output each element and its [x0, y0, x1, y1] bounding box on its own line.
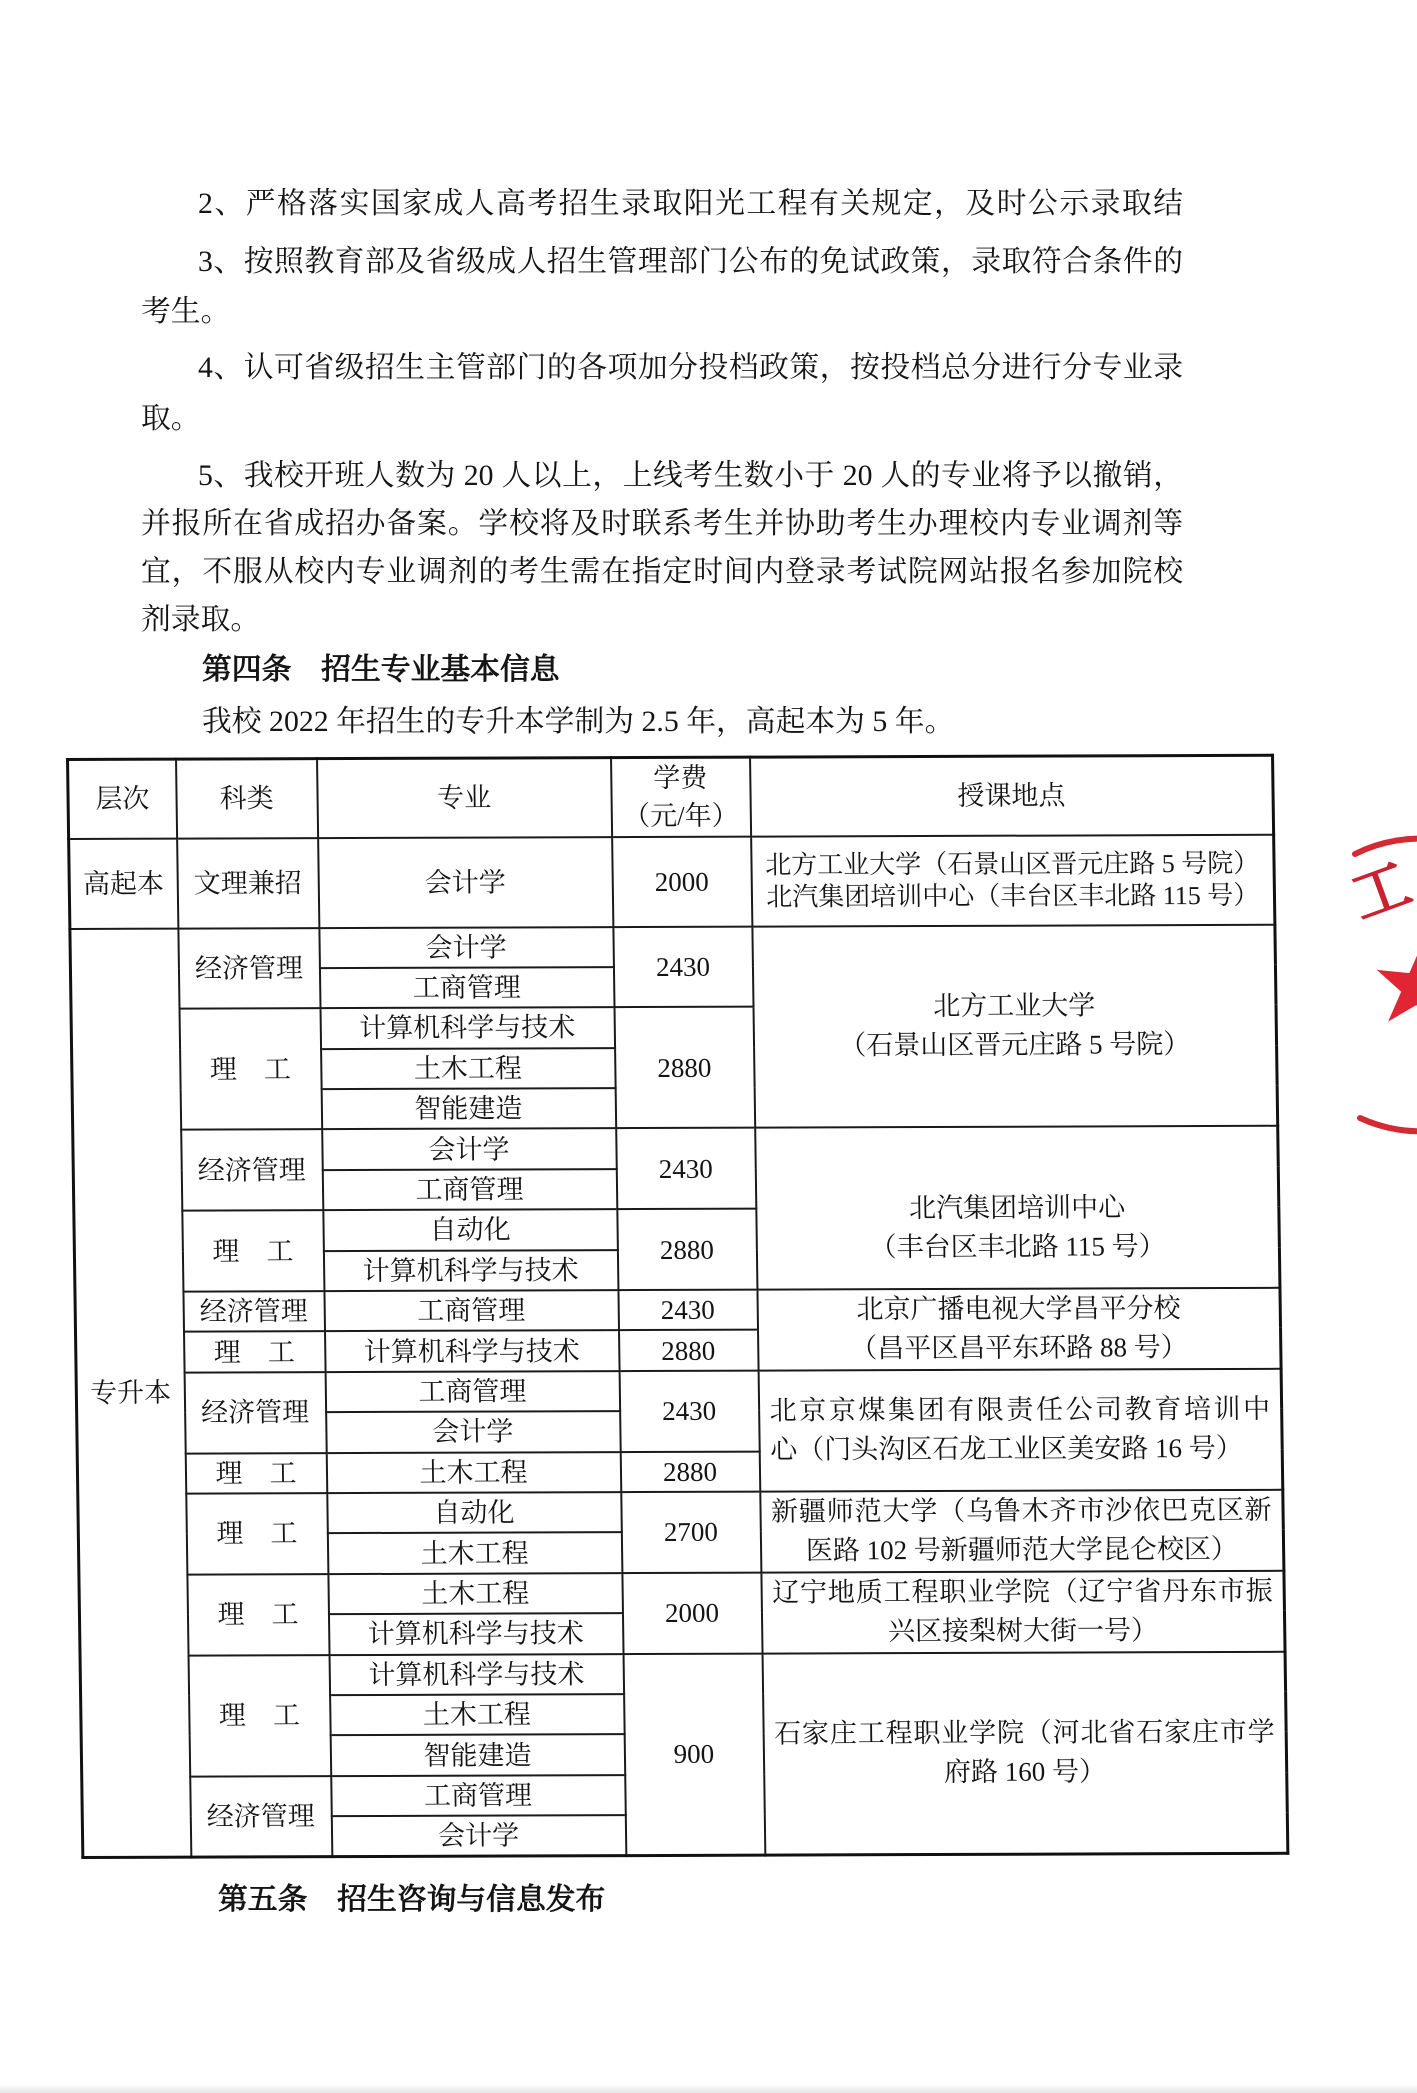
paragraph-item-2: 2、严格落实国家成人高考招生录取阳光工程有关规定，及时公示录取结果。 — [141, 179, 1183, 229]
paragraph-line: 4、认可省级招生主管部门的各项加分投档政策，按投档总分进行分专业录 — [141, 342, 1183, 393]
header-major: 专业 — [317, 758, 612, 838]
seal-character: 工 — [1342, 849, 1417, 933]
location-line: 辽宁地质工程职业学院（辽宁省丹东市振 — [772, 1572, 1273, 1613]
table-row: 理 工 自动化 2700 新疆师范大学（乌鲁木齐市沙依巴克区新 医路 102 号… — [78, 1490, 1284, 1535]
cell-major: 土木工程 — [326, 1452, 621, 1493]
cell-major: 计算机科学与技术 — [329, 1654, 624, 1695]
header-fee-unit: （元/年） — [612, 797, 750, 835]
cell-major: 工商管理 — [319, 967, 614, 1008]
cell-level: 专升本 — [70, 928, 191, 1857]
cell-major: 计算机科学与技术 — [325, 1331, 620, 1372]
page-bottom-edge — [0, 2084, 1417, 2093]
cell-major: 土木工程 — [328, 1573, 623, 1614]
cell-category: 经济管理 — [184, 1372, 326, 1453]
article-4-title: 第四条 招生专业基本信息 — [202, 645, 560, 695]
cell-category: 理 工 — [186, 1493, 328, 1574]
cell-major: 土木工程 — [327, 1532, 622, 1573]
cell-category: 经济管理 — [183, 1291, 325, 1332]
location-line: 北方工业大学（石景山区晋元庄路 5 号院） — [758, 847, 1267, 881]
cell-category: 理 工 — [184, 1332, 326, 1373]
location-line: 府路 160 号） — [774, 1752, 1275, 1793]
cell-location: 北方工业大学（石景山区晋元庄路 5 号院） 北汽集团培训中心（丰台区丰北路 11… — [751, 834, 1275, 926]
seal-ring-bottom-arc — [1360, 1118, 1417, 1131]
header-fee: 学费 （元/年） — [611, 757, 751, 836]
cell-major: 自动化 — [327, 1492, 622, 1533]
paragraph-item-4: 4、认可省级招生主管部门的各项加分投档政策，按投档总分进行分专业录 取。 — [141, 342, 1183, 444]
cell-major: 土木工程 — [330, 1694, 625, 1735]
cell-fee: 2700 — [621, 1492, 761, 1573]
location-line: 医路 102 号新疆师范大学昆仑校区） — [771, 1530, 1272, 1571]
header-fee-label: 学费 — [612, 759, 750, 797]
location-line: 兴区接梨树大街一号） — [772, 1611, 1273, 1652]
cell-category: 理 工 — [187, 1574, 329, 1655]
table-row: 经济管理 会计学 2430 北汽集团培训中心 （丰台区丰北路 115 号） — [73, 1126, 1279, 1171]
cell-location: 北京广播电视大学昌平分校 （昌平区昌平东环路 88 号） — [757, 1288, 1281, 1371]
location-line: （石景山区晋元庄路 5 号院） — [764, 1025, 1265, 1066]
star-icon — [1377, 943, 1417, 1027]
paragraph-item-5: 5、我校开班人数为 20 人以上，上线考生数小于 20 人的专业将予以撤销， 并… — [141, 452, 1183, 644]
cell-location: 辽宁地质工程职业学院（辽宁省丹东市振 兴区接梨树大街一号） — [761, 1571, 1285, 1654]
majors-table-container: 层次 科类 专业 学费 （元/年） 授课地点 高起本 文理兼招 会计学 2000… — [66, 754, 1289, 1859]
paragraph-line: 考生。 — [141, 287, 1183, 337]
cell-level: 高起本 — [69, 838, 178, 928]
cell-category: 理 工 — [182, 1210, 324, 1291]
location-line: 北方工业大学 — [764, 986, 1265, 1027]
header-location: 授课地点 — [750, 755, 1274, 836]
cell-fee: 2880 — [619, 1330, 759, 1371]
majors-table: 层次 科类 专业 学费 （元/年） 授课地点 高起本 文理兼招 会计学 2000… — [66, 754, 1289, 1859]
cell-category: 经济管理 — [178, 928, 320, 1009]
location-line: （丰台区丰北路 115 号） — [767, 1227, 1268, 1268]
cell-fee: 2430 — [616, 1128, 756, 1209]
cell-category: 理 工 — [179, 1008, 322, 1130]
location-line: 心（门头沟区石龙工业区美安路 16 号） — [770, 1429, 1271, 1470]
cell-category: 文理兼招 — [177, 838, 319, 928]
cell-category: 经济管理 — [190, 1776, 332, 1857]
location-line: （昌平区昌平东环路 88 号） — [769, 1328, 1270, 1369]
cell-category: 理 工 — [188, 1655, 331, 1777]
paragraph-item-3: 3、按照教育部及省级成人招生管理部门公布的免试政策，录取符合条件的 考生。 — [141, 237, 1183, 337]
table-row: 理 工 计算机科学与技术 900 石家庄工程职业学院（河北省石家庄市学 府路 1… — [80, 1651, 1286, 1696]
table-row: 理 工 土木工程 2000 辽宁地质工程职业学院（辽宁省丹东市振 兴区接梨树大街… — [79, 1571, 1285, 1616]
cell-major: 会计学 — [331, 1815, 626, 1856]
cell-location: 北方工业大学 （石景山区晋元庄路 5 号院） — [752, 924, 1278, 1128]
cell-location: 石家庄工程职业学院（河北省石家庄市学 府路 160 号） — [762, 1651, 1288, 1855]
header-level: 层次 — [68, 759, 177, 838]
paragraph-line: 剂录取。 — [141, 596, 1183, 644]
cell-major: 会计学 — [326, 1411, 621, 1452]
cell-fee: 2430 — [613, 926, 753, 1007]
location-line: 北汽集团培训中心（丰台区丰北路 115 号） — [758, 879, 1267, 913]
cell-major: 工商管理 — [322, 1169, 617, 1210]
cell-major: 计算机科学与技术 — [328, 1613, 623, 1654]
cell-fee: 2430 — [618, 1290, 758, 1331]
table-row: 专升本 经济管理 会计学 2430 北方工业大学 （石景山区晋元庄路 5 号院） — [70, 924, 1276, 969]
cell-fee: 2000 — [612, 836, 752, 926]
cell-location: 北京京煤集团有限责任公司教育培训中 心（门头沟区石龙工业区美安路 16 号） — [758, 1369, 1283, 1492]
cell-major: 自动化 — [323, 1209, 618, 1250]
cell-location: 新疆师范大学（乌鲁木齐市沙依巴克区新 医路 102 号新疆师范大学昆仑校区） — [760, 1490, 1284, 1573]
location-line: 石家庄工程职业学院（河北省石家庄市学 — [774, 1713, 1275, 1754]
table-row: 经济管理 工商管理 2430 北京京煤集团有限责任公司教育培训中 心（门头沟区石… — [76, 1369, 1282, 1414]
cell-location: 北汽集团培训中心 （丰台区丰北路 115 号） — [755, 1126, 1280, 1289]
cell-major: 工商管理 — [331, 1775, 626, 1816]
table-row: 经济管理 工商管理 2430 北京广播电视大学昌平分校 （昌平区昌平东环路 88… — [75, 1288, 1281, 1333]
article-4-intro: 我校 2022 年招生的专升本学制为 2.5 年，高起本为 5 年。 — [202, 697, 954, 747]
seal-ring-top-arc — [1355, 839, 1417, 854]
location-line: 北汽集团培训中心 — [767, 1188, 1268, 1229]
cell-fee: 2430 — [619, 1370, 759, 1451]
header-category: 科类 — [176, 759, 318, 838]
cell-major: 会计学 — [319, 927, 614, 968]
cell-major: 计算机科学与技术 — [323, 1250, 618, 1291]
location-line: 新疆师范大学（乌鲁木齐市沙依巴克区新 — [771, 1491, 1272, 1532]
cell-major: 智能建造 — [321, 1088, 616, 1129]
cell-major: 工商管理 — [325, 1371, 620, 1412]
cell-major: 土木工程 — [321, 1048, 616, 1089]
cell-major: 工商管理 — [324, 1290, 619, 1331]
paragraph-line: 3、按照教育部及省级成人招生管理部门公布的免试政策，录取符合条件的 — [141, 237, 1183, 287]
cell-major: 智能建造 — [330, 1734, 625, 1775]
paragraph-line: 并报所在省成招办备案。学校将及时联系考生并协助考生办理校内专业调剂等事 — [141, 500, 1183, 548]
cell-major: 会计学 — [322, 1129, 617, 1170]
cell-fee: 2000 — [622, 1572, 762, 1653]
table-header-row: 层次 科类 专业 学费 （元/年） 授课地点 — [68, 755, 1274, 838]
location-line: 北京广播电视大学昌平分校 — [768, 1289, 1269, 1330]
article-5-title: 第五条 招生咨询与信息发布 — [218, 1875, 605, 1925]
table-row: 高起本 文理兼招 会计学 2000 北方工业大学（石景山区晋元庄路 5 号院） … — [69, 834, 1275, 928]
cell-fee: 2880 — [617, 1209, 757, 1290]
paragraph-line: 取。 — [141, 393, 1183, 444]
cell-major: 会计学 — [318, 837, 613, 928]
cell-major: 计算机科学与技术 — [320, 1007, 615, 1048]
paragraph-line: 5、我校开班人数为 20 人以上，上线考生数小于 20 人的专业将予以撤销， — [141, 452, 1183, 500]
location-line: 北京京煤集团有限责任公司教育培训中 — [769, 1390, 1270, 1431]
cell-fee: 2880 — [614, 1007, 755, 1129]
paragraph-line: 宜，不服从校内专业调剂的考生需在指定时间内登录考试院网站报名参加院校调 — [141, 548, 1183, 596]
cell-category: 经济管理 — [181, 1130, 323, 1211]
cell-category: 理 工 — [185, 1453, 327, 1494]
cell-fee: 900 — [623, 1653, 765, 1855]
cell-fee: 2880 — [620, 1451, 760, 1492]
paragraph-line: 2、严格落实国家成人高考招生录取阳光工程有关规定，及时公示录取结果。 — [141, 179, 1183, 229]
